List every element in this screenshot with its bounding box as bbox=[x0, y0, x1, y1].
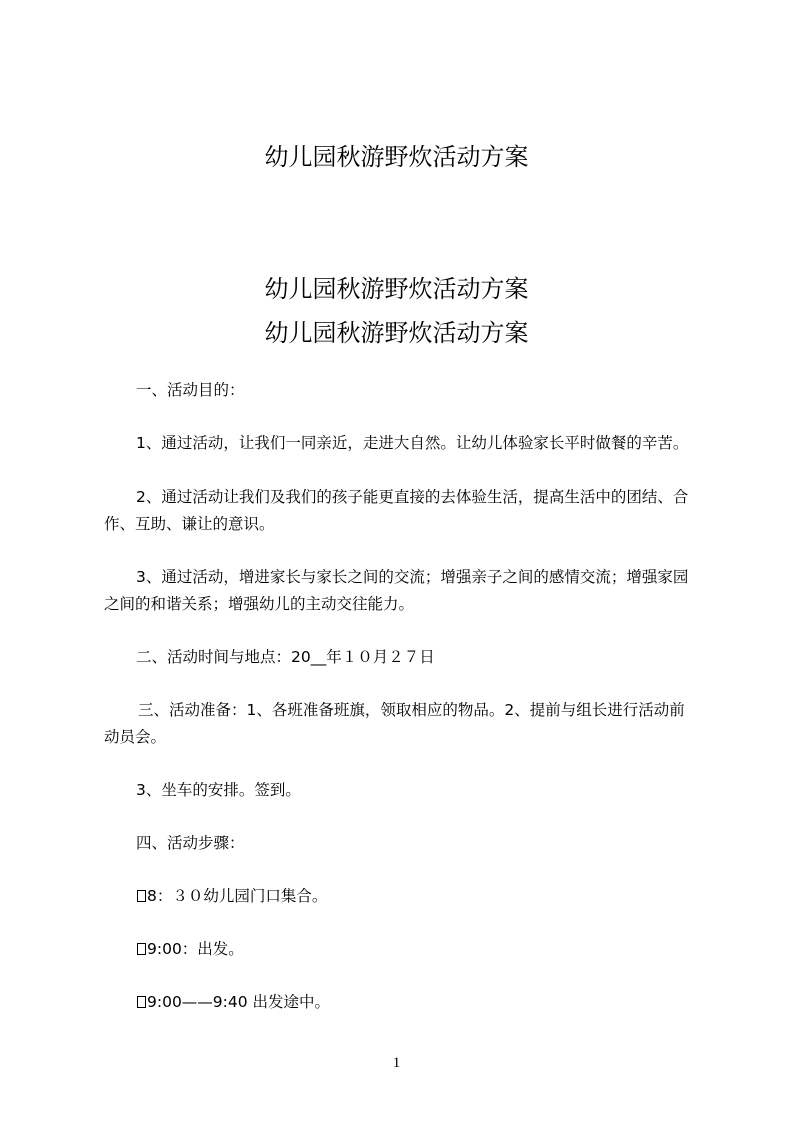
section-4-title: 四、活动步骤： bbox=[136, 833, 245, 853]
section-1-item-3-line-2: 之间的和谐关系；增强幼儿的主动交往能力。 bbox=[104, 594, 414, 614]
section-1-item-2-line-2: 作、互助、谦让的意识。 bbox=[104, 514, 275, 534]
heading-2: 幼儿园秋游野炊活动方案 bbox=[0, 318, 793, 348]
cover-title: 幼儿园秋游野炊活动方案 bbox=[0, 142, 793, 172]
heading-1: 幼儿园秋游野炊活动方案 bbox=[0, 274, 793, 304]
missing-glyph-icon bbox=[137, 996, 146, 1008]
section-1-item-1: 1、通过活动，让我们一同亲近，走进大自然。让幼儿体验家长平时做餐的辛苦。 bbox=[136, 433, 688, 453]
section-1-item-2-line-1: 2、通过活动让我们及我们的孩子能更直接的去体验生活，提高生活中的团结、合 bbox=[136, 487, 688, 507]
missing-glyph-icon bbox=[137, 890, 146, 902]
section-3-item-3: 3、坐车的安排。签到。 bbox=[136, 780, 301, 800]
section-1-title: 一、活动目的： bbox=[136, 380, 245, 400]
missing-glyph-icon bbox=[137, 943, 146, 955]
section-2-title: 二、活动时间与地点：20__年１０月２７日 bbox=[136, 647, 435, 667]
step-item: 9:00——9:40 出发途中。 bbox=[137, 992, 330, 1012]
section-1-item-3-line-1: 3、通过活动，增进家长与家长之间的交流；增强亲子之间的感情交流；增强家园 bbox=[136, 567, 688, 587]
step-item: 9:00：出发。 bbox=[137, 939, 244, 959]
section-3-line-1: 三、活动准备：1、各班准备班旗，领取相应的物品。2、提前与组长进行活动前 bbox=[138, 700, 685, 720]
step-item: 8：３０幼儿园门口集合。 bbox=[137, 886, 327, 906]
section-3-line-2: 动员会。 bbox=[104, 727, 166, 747]
page-number: 1 bbox=[0, 1055, 793, 1072]
